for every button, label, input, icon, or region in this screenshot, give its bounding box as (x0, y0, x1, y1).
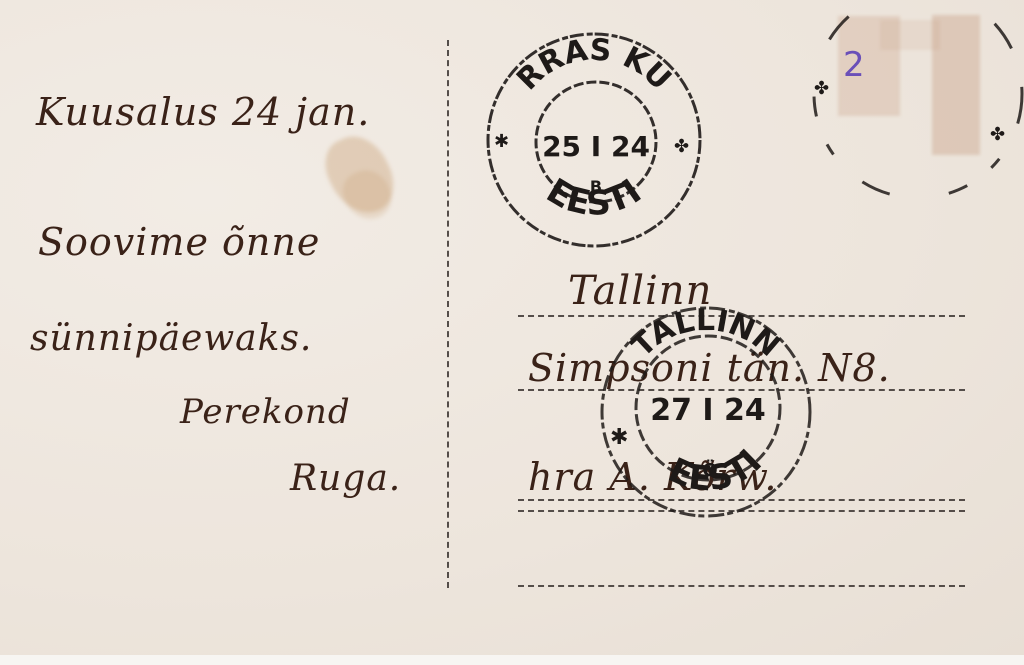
scan-border (0, 655, 1024, 665)
svg-text:✤: ✤ (814, 78, 829, 99)
svg-text:✱: ✱ (610, 425, 628, 450)
svg-text:✱: ✱ (494, 131, 509, 152)
postmark-origin: RRAS KU EESTI 25 I 24 B ✱ ✤ (478, 24, 710, 256)
postmark-origin-top: RRAS KU (510, 32, 678, 97)
postmark-origin-letter: B (590, 177, 602, 196)
postmark-destination-letter: Ö (702, 459, 717, 481)
postcard-back: Kuusalus 24 jan. Soovime õnne sünnipäewa… (0, 0, 1024, 655)
address-line-5 (518, 585, 965, 587)
postmark-destination: TALLINN EESTI 27 I 24 Ö ✱ (590, 296, 822, 528)
svg-text:RRAS KU: RRAS KU (510, 32, 678, 97)
postmark-destination-top: TALLINN (625, 303, 786, 364)
signature-1: Perekond (180, 392, 351, 432)
place-date: Kuusalus 24 jan. (36, 90, 370, 134)
postmark-origin-date: 25 I 24 (542, 130, 650, 163)
message-line-1: Soovime õnne (38, 220, 320, 264)
svg-text:TALLINN: TALLINN (625, 303, 786, 364)
message-line-2: sünnipäewaks. (30, 318, 312, 359)
postmark-destination-date: 27 I 24 (650, 393, 766, 428)
svg-text:✤: ✤ (674, 136, 689, 157)
postmark-partial: ✤ ✤ (800, 0, 1024, 220)
center-divider (447, 40, 449, 588)
svg-text:✤: ✤ (990, 124, 1005, 145)
signature-2: Ruga. (290, 458, 401, 499)
